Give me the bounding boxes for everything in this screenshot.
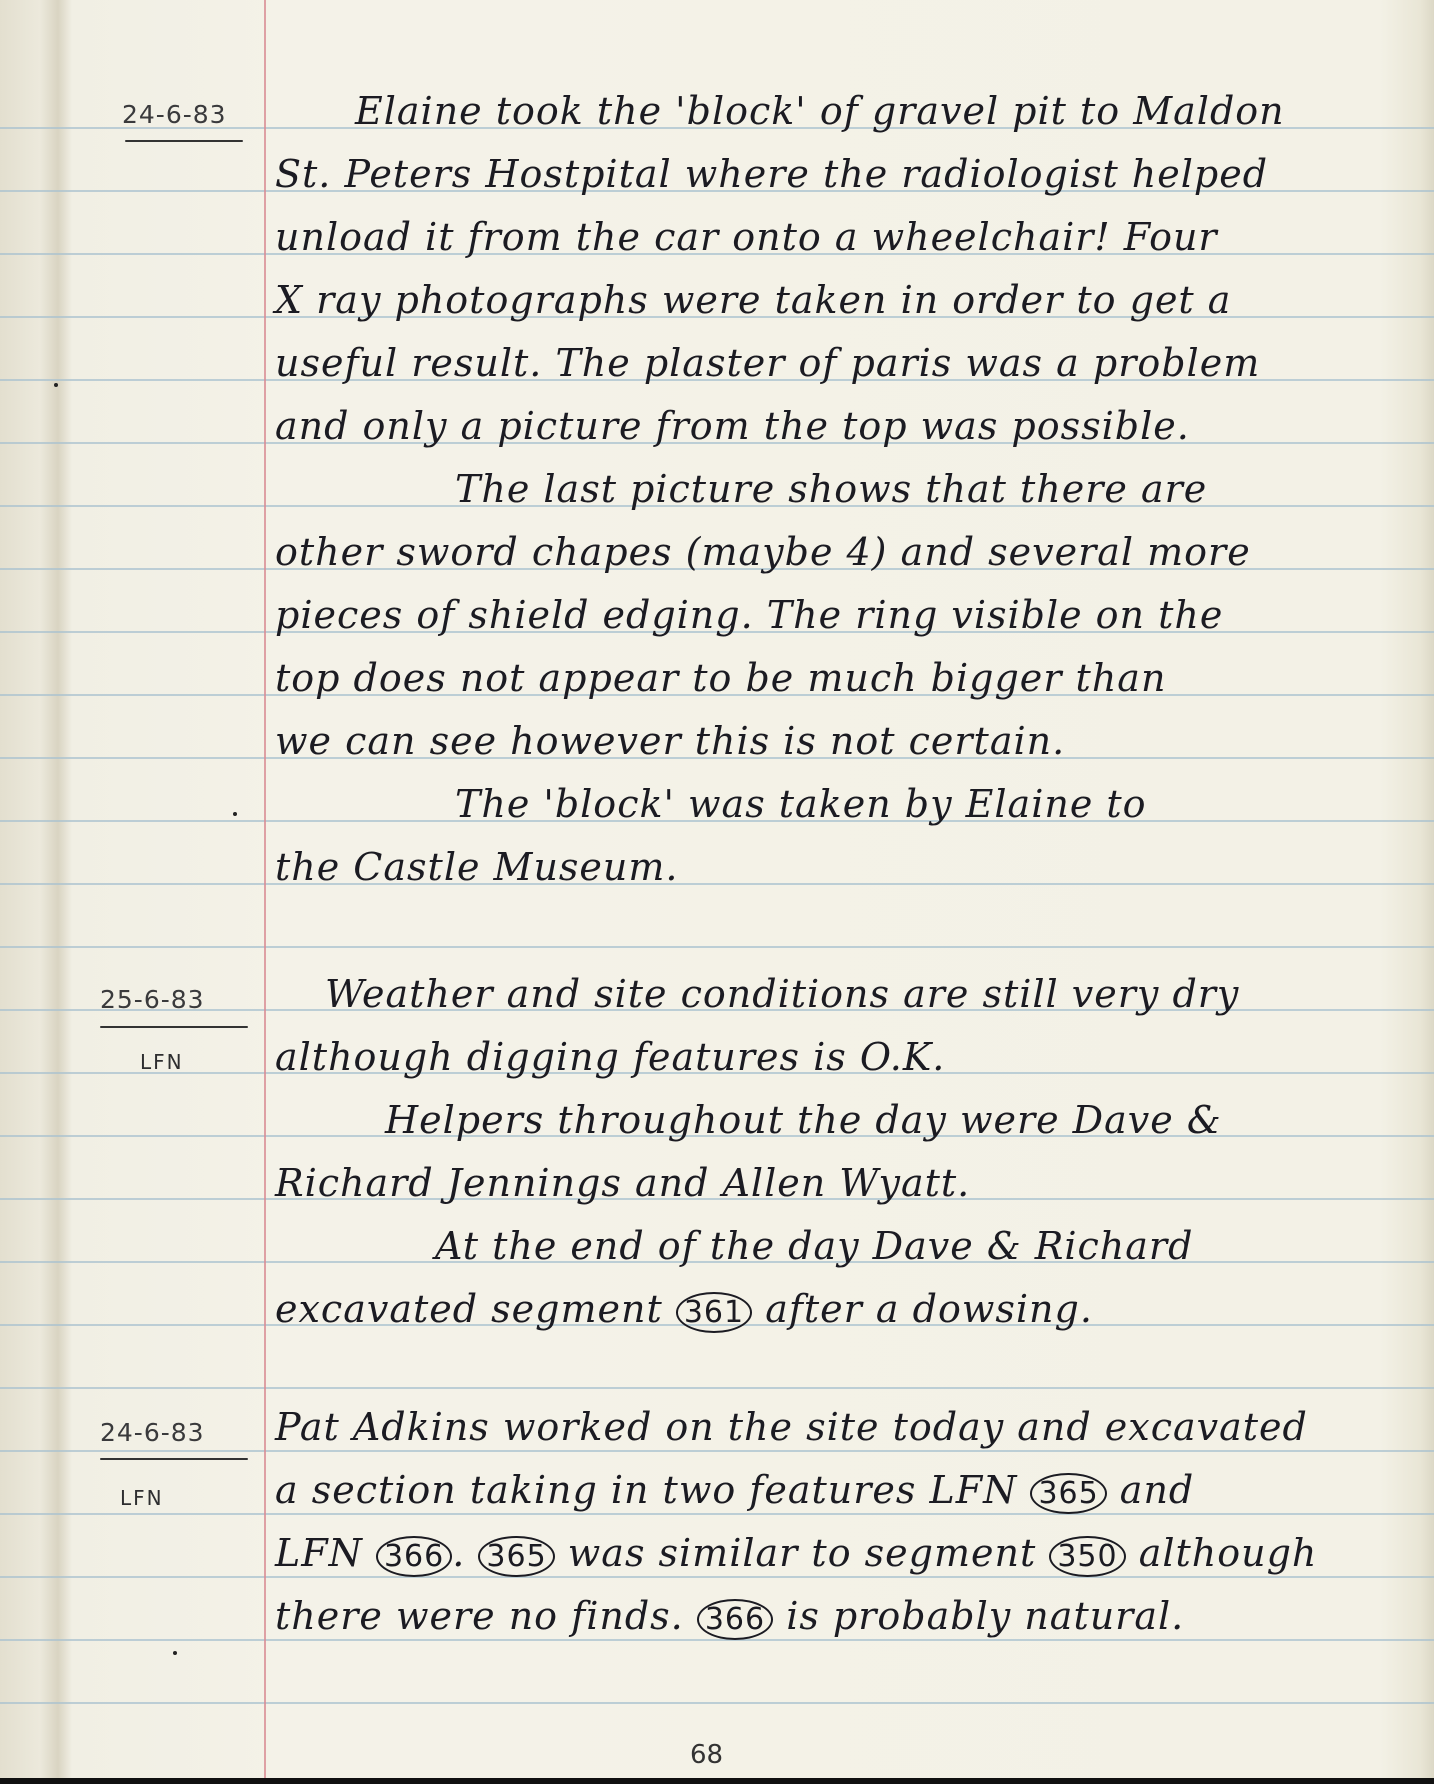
entry-text: is probably natural. <box>786 1594 1184 1638</box>
site-code: LFN <box>140 1050 184 1074</box>
entry-text-line: The 'block' was taken by Elaine to <box>455 785 1147 823</box>
entry-text-line: St. Peters Hostpital where the radiologi… <box>275 155 1268 193</box>
margin-line <box>264 0 266 1778</box>
entry-text: LFN <box>275 1531 363 1575</box>
entry-text-line: Richard Jennings and Allen Wyatt. <box>275 1164 970 1202</box>
entry-text-line: there were no finds. 366 is probably nat… <box>275 1597 1184 1640</box>
entry-text: and <box>1120 1468 1194 1512</box>
scan-edge <box>0 1778 1434 1784</box>
feature-number-circled: 365 <box>1030 1473 1106 1514</box>
ruled-line <box>0 946 1434 948</box>
entry-text-line: Elaine took the 'block' of gravel pit to… <box>355 92 1285 130</box>
date-underline <box>100 1026 248 1028</box>
entry-date: 25-6-83 <box>100 985 205 1014</box>
entry-text-line: and only a picture from the top was poss… <box>275 407 1190 445</box>
entry-text-line: Pat Adkins worked on the site today and … <box>275 1408 1308 1446</box>
entry-text-line: pieces of shield edging. The ring visibl… <box>275 596 1223 634</box>
feature-number-circled: 350 <box>1049 1536 1125 1577</box>
site-code: LFN <box>120 1486 164 1510</box>
ink-dot <box>233 812 237 816</box>
entry-text: after a dowsing. <box>765 1287 1093 1331</box>
entry-text-line: the Castle Museum. <box>275 848 679 886</box>
entry-text-line: At the end of the day Dave & Richard <box>435 1227 1193 1265</box>
entry-text: was similar to segment <box>568 1531 1036 1575</box>
entry-text-line: useful result. The plaster of paris was … <box>275 344 1260 382</box>
ruled-line <box>0 1702 1434 1704</box>
entry-text-line: top does not appear to be much bigger th… <box>275 659 1166 697</box>
entry-text-line: we can see however this is not certain. <box>275 722 1065 760</box>
date-underline <box>125 140 243 142</box>
ruled-line <box>0 1387 1434 1389</box>
entry-text: there were no finds. <box>275 1594 684 1638</box>
ink-dot <box>173 1651 177 1655</box>
date-underline <box>100 1458 248 1460</box>
ruled-line <box>0 1450 1434 1452</box>
entry-text-line: a section taking in two features LFN 365… <box>275 1471 1194 1514</box>
entry-text: a section taking in two features LFN <box>275 1468 1017 1512</box>
ink-dot <box>54 383 58 387</box>
entry-text-line: although digging features is O.K. <box>275 1038 945 1076</box>
entry-text-line: excavated segment 361 after a dowsing. <box>275 1290 1093 1333</box>
ruled-line <box>0 883 1434 885</box>
entry-text: although <box>1139 1531 1318 1575</box>
entry-text-line: unload it from the car onto a wheelchair… <box>275 218 1218 256</box>
entry-date: 24-6-83 <box>100 1418 205 1447</box>
feature-number-circled: 365 <box>478 1536 554 1577</box>
entry-text: excavated segment <box>275 1287 663 1331</box>
entry-text-line: other sword chapes (maybe 4) and several… <box>275 533 1251 571</box>
notebook-page: 24-6-83 Elaine took the 'block' of grave… <box>0 0 1434 1778</box>
entry-text-line: Weather and site conditions are still ve… <box>325 975 1239 1013</box>
feature-number-circled: 361 <box>676 1292 752 1333</box>
entry-text-line: LFN 366. 365 was similar to segment 350 … <box>275 1534 1317 1577</box>
feature-number-circled: 366 <box>376 1536 452 1577</box>
entry-date: 24-6-83 <box>122 100 227 129</box>
entry-text-line: Helpers throughout the day were Dave & <box>385 1101 1222 1139</box>
feature-number-circled: 366 <box>697 1599 773 1640</box>
entry-text-line: The last picture shows that there are <box>455 470 1207 508</box>
entry-text-line: X ray photographs were taken in order to… <box>275 281 1231 319</box>
page-number: 68 <box>690 1740 723 1770</box>
entry-text: . <box>452 1531 465 1575</box>
